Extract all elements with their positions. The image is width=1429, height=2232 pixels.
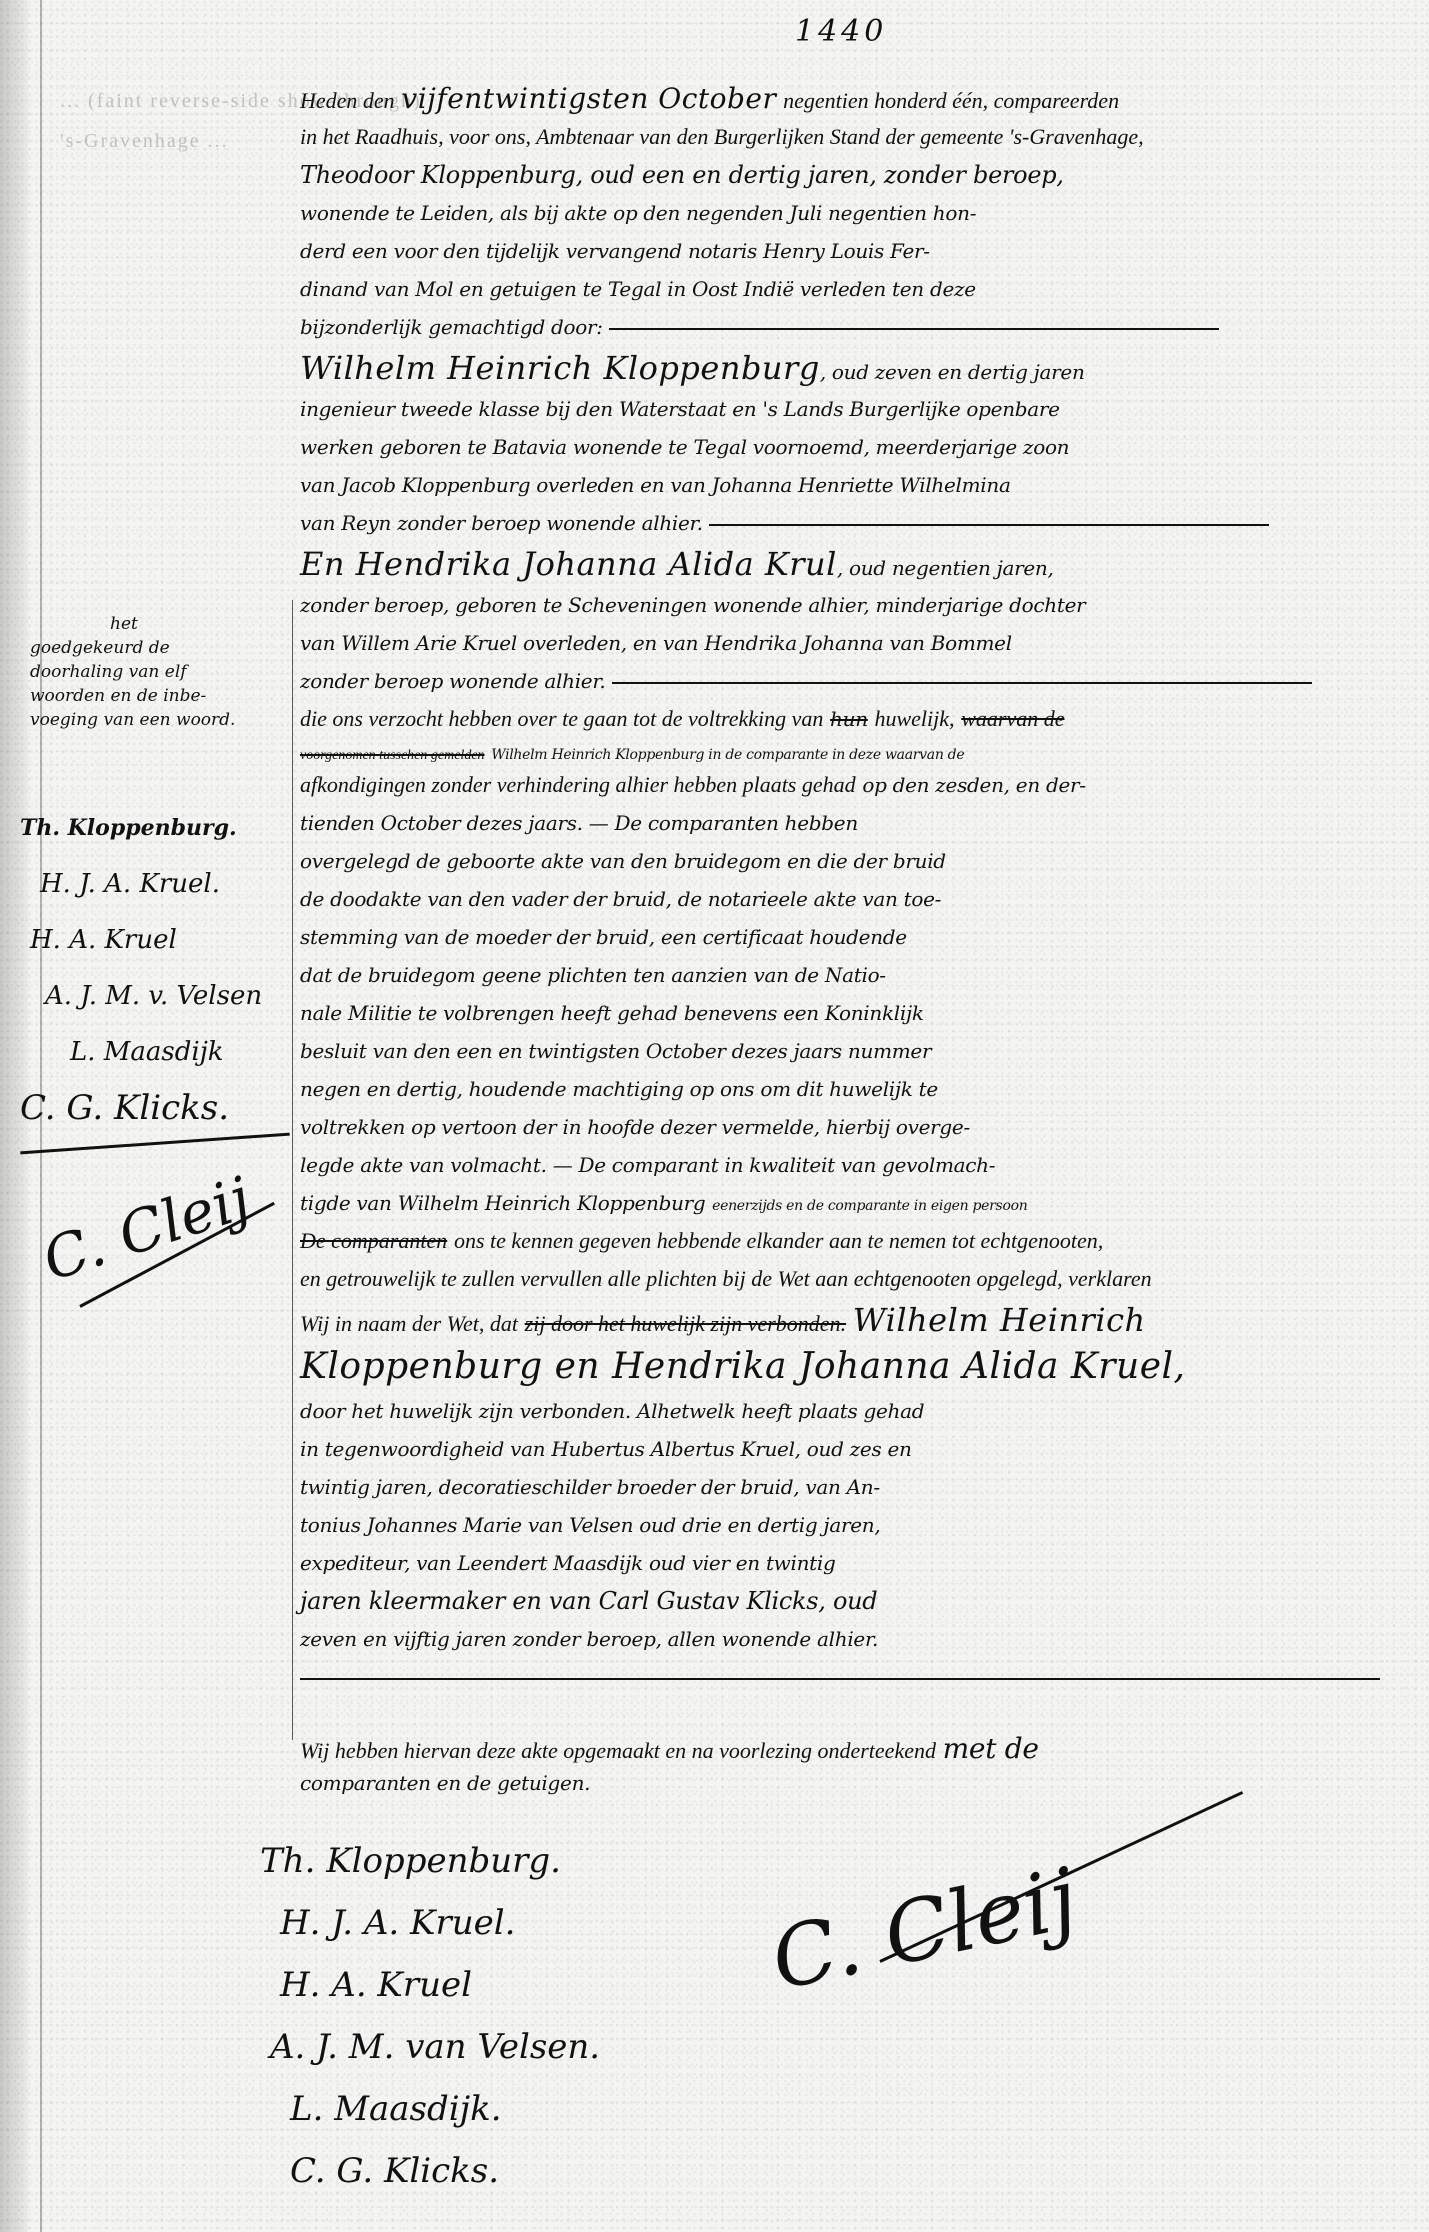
closing-statement: Wij hebben hiervan deze akte opgemaakt e… xyxy=(300,1730,1400,1798)
handwritten-text: door het huwelijk zijn verbonden. Alhetw… xyxy=(300,1399,924,1423)
handwritten-text: van Reyn zonder beroep wonende alhier. xyxy=(300,511,703,535)
struck-text: hun xyxy=(830,707,868,731)
body-line: stemming van de moeder der bruid, een ce… xyxy=(300,918,1420,956)
signature: A. J. M. v. Velsen xyxy=(20,968,290,1024)
body-line: Theodoor Kloppenburg, oud een en dertig … xyxy=(300,156,1420,194)
body-line: voltrekken op vertoon der in hoofde deze… xyxy=(300,1108,1420,1146)
handwritten-text: bijzonderlijk gemachtigd door: xyxy=(300,315,603,339)
signature: C. G. Klicks. xyxy=(20,1080,290,1136)
handwritten-insertion: Wilhelm Heinrich Kloppenburg in de compa… xyxy=(491,747,964,763)
handwritten-text: van Willem Arie Kruel overleden, en van … xyxy=(300,631,1012,655)
handwritten-text: derd een voor den tijdelijk vervangend n… xyxy=(300,239,930,263)
signature: H. J. A. Kruel. xyxy=(20,856,290,912)
handwritten-text: tonius Johannes Marie van Velsen oud dri… xyxy=(300,1513,880,1537)
margin-note-line: goedgekeurd de xyxy=(30,636,300,660)
body-line: derd een voor den tijdelijk vervangend n… xyxy=(300,232,1420,270)
struck-text: voorgenomen tusschen gemelden xyxy=(300,748,485,763)
body-line: dat de bruidegom geene plichten ten aanz… xyxy=(300,956,1420,994)
body-line: de doodakte van den vader der bruid, de … xyxy=(300,880,1420,918)
fill-line xyxy=(609,328,1219,330)
handwritten-text: jaren kleermaker en van Carl Gustav Klic… xyxy=(300,1587,877,1615)
handwritten-text: Theodoor Kloppenburg, oud een en dertig … xyxy=(300,161,1064,189)
signature: L. Maasdijk xyxy=(20,1024,290,1080)
body-line: tigde van Wilhelm Heinrich Kloppenburg e… xyxy=(300,1184,1420,1222)
body-line: en getrouwelijk te zullen vervullen alle… xyxy=(300,1260,1420,1298)
bride-name: En Hendrika Johanna Alida Krul xyxy=(300,545,837,583)
fill-line xyxy=(612,682,1312,684)
margin-note-line: doorhaling van elf xyxy=(30,660,300,684)
printed-text: in het Raadhuis, voor ons, Ambtenaar van… xyxy=(300,124,1144,149)
body-line: twintig jaren, decoratieschilder broeder… xyxy=(300,1468,1420,1506)
handwritten-text: tienden October dezes jaars. — De compar… xyxy=(300,811,858,835)
printed-text: negentien honderd één, compareerden xyxy=(783,88,1119,113)
signature: A. J. M. van Velsen. xyxy=(260,2016,700,2078)
printed-text: Heden den xyxy=(300,88,395,113)
fill-line xyxy=(709,524,1269,526)
handwritten-text: stemming van de moeder der bruid, een ce… xyxy=(300,925,907,949)
printed-text: die ons verzocht hebben over te gaan tot… xyxy=(300,706,823,731)
body-line: Kloppenburg en Hendrika Johanna Alida Kr… xyxy=(300,1342,1420,1392)
body-line: in tegenwoordigheid van Hubertus Albertu… xyxy=(300,1430,1420,1468)
printed-text: ons te kennen gegeven hebbende elkander … xyxy=(454,1228,1103,1253)
handwritten-text: ingenieur tweede klasse bij den Watersta… xyxy=(300,397,1060,421)
struck-text: waarvan de xyxy=(961,706,1064,731)
body-line: die ons verzocht hebben over te gaan tot… xyxy=(300,700,1420,738)
printed-text: Wij in naam der Wet, dat xyxy=(300,1311,518,1336)
body-line: van Jacob Kloppenburg overleden en van J… xyxy=(300,466,1420,504)
handwritten-text: zonder beroep, geboren te Scheveningen w… xyxy=(300,593,1085,617)
handwritten-text: zeven en vijftig jaren zonder beroep, al… xyxy=(300,1627,878,1651)
body-line: zeven en vijftig jaren zonder beroep, al… xyxy=(300,1620,1420,1658)
signature: L. Maasdijk. xyxy=(260,2078,700,2140)
struck-text: zij door het huwelijk zijn verbonden. xyxy=(525,1311,846,1336)
body-line: van Reyn zonder beroep wonende alhier. xyxy=(300,504,1420,542)
margin-note-line: woorden en de inbe- xyxy=(30,684,300,708)
margin-rule xyxy=(292,600,293,1740)
certificate-body: Heden den vijfentwintigsten October nege… xyxy=(300,80,1420,1688)
signature: Th. Kloppenburg. xyxy=(260,1830,700,1892)
body-line: overgelegd de geboorte akte van den brui… xyxy=(300,842,1420,880)
body-line: De comparanten ons te kennen gegeven heb… xyxy=(300,1222,1420,1260)
handwritten-text: wonende te Leiden, als bij akte op den n… xyxy=(300,201,976,225)
handwritten-text: voltrekken op vertoon der in hoofde deze… xyxy=(300,1115,970,1139)
handwritten-insertion: eenerzijds en de comparante in eigen per… xyxy=(712,1198,1027,1214)
handwritten-text: met de xyxy=(943,1732,1039,1765)
handwritten-text: twintig jaren, decoratieschilder broeder… xyxy=(300,1475,880,1499)
body-line: tonius Johannes Marie van Velsen oud dri… xyxy=(300,1506,1420,1544)
handwritten-text: expediteur, van Leendert Maasdijk oud vi… xyxy=(300,1551,836,1575)
body-line: legde akte van volmacht. — De comparant … xyxy=(300,1146,1420,1184)
body-line: dinand van Mol en getuigen te Tegal in O… xyxy=(300,270,1420,308)
signature: H. J. A. Kruel. xyxy=(260,1892,700,1954)
body-line: nale Militie te volbrengen heeft gehad b… xyxy=(300,994,1420,1032)
body-line: negen en dertig, houdende machtiging op … xyxy=(300,1070,1420,1108)
body-line: zonder beroep, geboren te Scheveningen w… xyxy=(300,586,1420,624)
groom-name: Wilhelm Heinrich Kloppenburg xyxy=(300,349,820,387)
handwritten-text: zonder beroep wonende alhier. xyxy=(300,669,605,693)
handwritten-text: besluit van den een en twintigsten Octob… xyxy=(300,1039,931,1063)
body-line: En Hendrika Johanna Alida Krul, oud nege… xyxy=(300,542,1420,586)
body-line: Wij hebben hiervan deze akte opgemaakt e… xyxy=(300,1730,1400,1768)
signature: H. A. Kruel xyxy=(20,912,290,968)
closing-rule xyxy=(300,1678,1380,1680)
body-line: jaren kleermaker en van Carl Gustav Klic… xyxy=(300,1582,1420,1620)
handwritten-text: de doodakte van den vader der bruid, de … xyxy=(300,887,941,911)
signature: H. A. Kruel xyxy=(260,1954,700,2016)
bottom-signatures: Th. Kloppenburg. H. J. A. Kruel. H. A. K… xyxy=(260,1830,700,2202)
handwritten-text: van Jacob Kloppenburg overleden en van J… xyxy=(300,473,1011,497)
handwritten-text: comparanten en de getuigen. xyxy=(300,1771,590,1795)
printed-text: Wij hebben hiervan deze akte opgemaakt e… xyxy=(300,1738,936,1763)
handwritten-text: nale Militie te volbrengen heeft gehad b… xyxy=(300,1001,924,1025)
ghost-text-2: 's-Gravenhage ... xyxy=(60,130,229,153)
body-line: zonder beroep wonende alhier. xyxy=(300,662,1420,700)
body-line: Wij in naam der Wet, dat zij door het hu… xyxy=(300,1298,1420,1342)
groom-name: Wilhelm Heinrich xyxy=(853,1301,1146,1339)
margin-signatures: Th. Kloppenburg. H. J. A. Kruel. H. A. K… xyxy=(20,800,290,1151)
handwritten-text: werken geboren te Batavia wonende te Teg… xyxy=(300,435,1069,459)
body-line: wonende te Leiden, als bij akte op den n… xyxy=(300,194,1420,232)
official-signature: C. Cleij xyxy=(763,1849,1085,2009)
handwritten-text: tigde van Wilhelm Heinrich Kloppenburg xyxy=(300,1191,705,1215)
margin-note-line: voeging van een woord. xyxy=(30,708,300,732)
body-line: ingenieur tweede klasse bij den Watersta… xyxy=(300,390,1420,428)
margin-note-line: het xyxy=(30,612,300,636)
margin-annotation: het goedgekeurd de doorhaling van elf wo… xyxy=(30,612,300,732)
handwritten-text: dinand van Mol en getuigen te Tegal in O… xyxy=(300,277,976,301)
body-line: expediteur, van Leendert Maasdijk oud vi… xyxy=(300,1544,1420,1582)
handwritten-text: legde akte van volmacht. — De comparant … xyxy=(300,1153,995,1177)
body-line: tienden October dezes jaars. — De compar… xyxy=(300,804,1420,842)
body-line: werken geboren te Batavia wonende te Teg… xyxy=(300,428,1420,466)
body-line: in het Raadhuis, voor ons, Ambtenaar van… xyxy=(300,118,1420,156)
handwritten-text: op den zesden, en der- xyxy=(862,773,1085,797)
handwritten-text: , oud negentien jaren, xyxy=(837,556,1054,580)
printed-text: huwelijk, xyxy=(874,706,954,731)
body-line: van Willem Arie Kruel overleden, en van … xyxy=(300,624,1420,662)
body-line: bijzonderlijk gemachtigd door: xyxy=(300,308,1420,346)
body-line: Wilhelm Heinrich Kloppenburg, oud zeven … xyxy=(300,346,1420,390)
handwritten-text: dat de bruidegom geene plichten ten aanz… xyxy=(300,963,886,987)
body-line: voorgenomen tusschen gemelden Wilhelm He… xyxy=(300,738,1420,766)
handwritten-text: negen en dertig, houdende machtiging op … xyxy=(300,1077,938,1101)
document-page: ... (faint reverse-side show-through) 's… xyxy=(0,0,1429,2232)
printed-text: afkondigingen zonder verhindering alhier… xyxy=(300,772,856,797)
body-line: afkondigingen zonder verhindering alhier… xyxy=(300,766,1420,804)
handwritten-date: vijfentwintigsten October xyxy=(401,82,776,115)
handwritten-text: in tegenwoordigheid van Hubertus Albertu… xyxy=(300,1437,912,1461)
handwritten-text: overgelegd de geboorte akte van den brui… xyxy=(300,849,946,873)
folio-number: 1440 xyxy=(795,14,887,49)
couple-names: Kloppenburg en Hendrika Johanna Alida Kr… xyxy=(300,1346,1185,1387)
struck-text: De comparanten xyxy=(300,1228,447,1253)
body-line xyxy=(300,1658,1420,1688)
handwritten-text: , oud zeven en dertig jaren xyxy=(820,360,1085,384)
signature: C. G. Klicks. xyxy=(260,2140,700,2202)
body-line: door het huwelijk zijn verbonden. Alhetw… xyxy=(300,1392,1420,1430)
body-line: besluit van den een en twintigsten Octob… xyxy=(300,1032,1420,1070)
body-line: Heden den vijfentwintigsten October nege… xyxy=(300,80,1420,118)
signature: Th. Kloppenburg. xyxy=(20,800,290,856)
printed-text: en getrouwelijk te zullen vervullen alle… xyxy=(300,1266,1152,1291)
